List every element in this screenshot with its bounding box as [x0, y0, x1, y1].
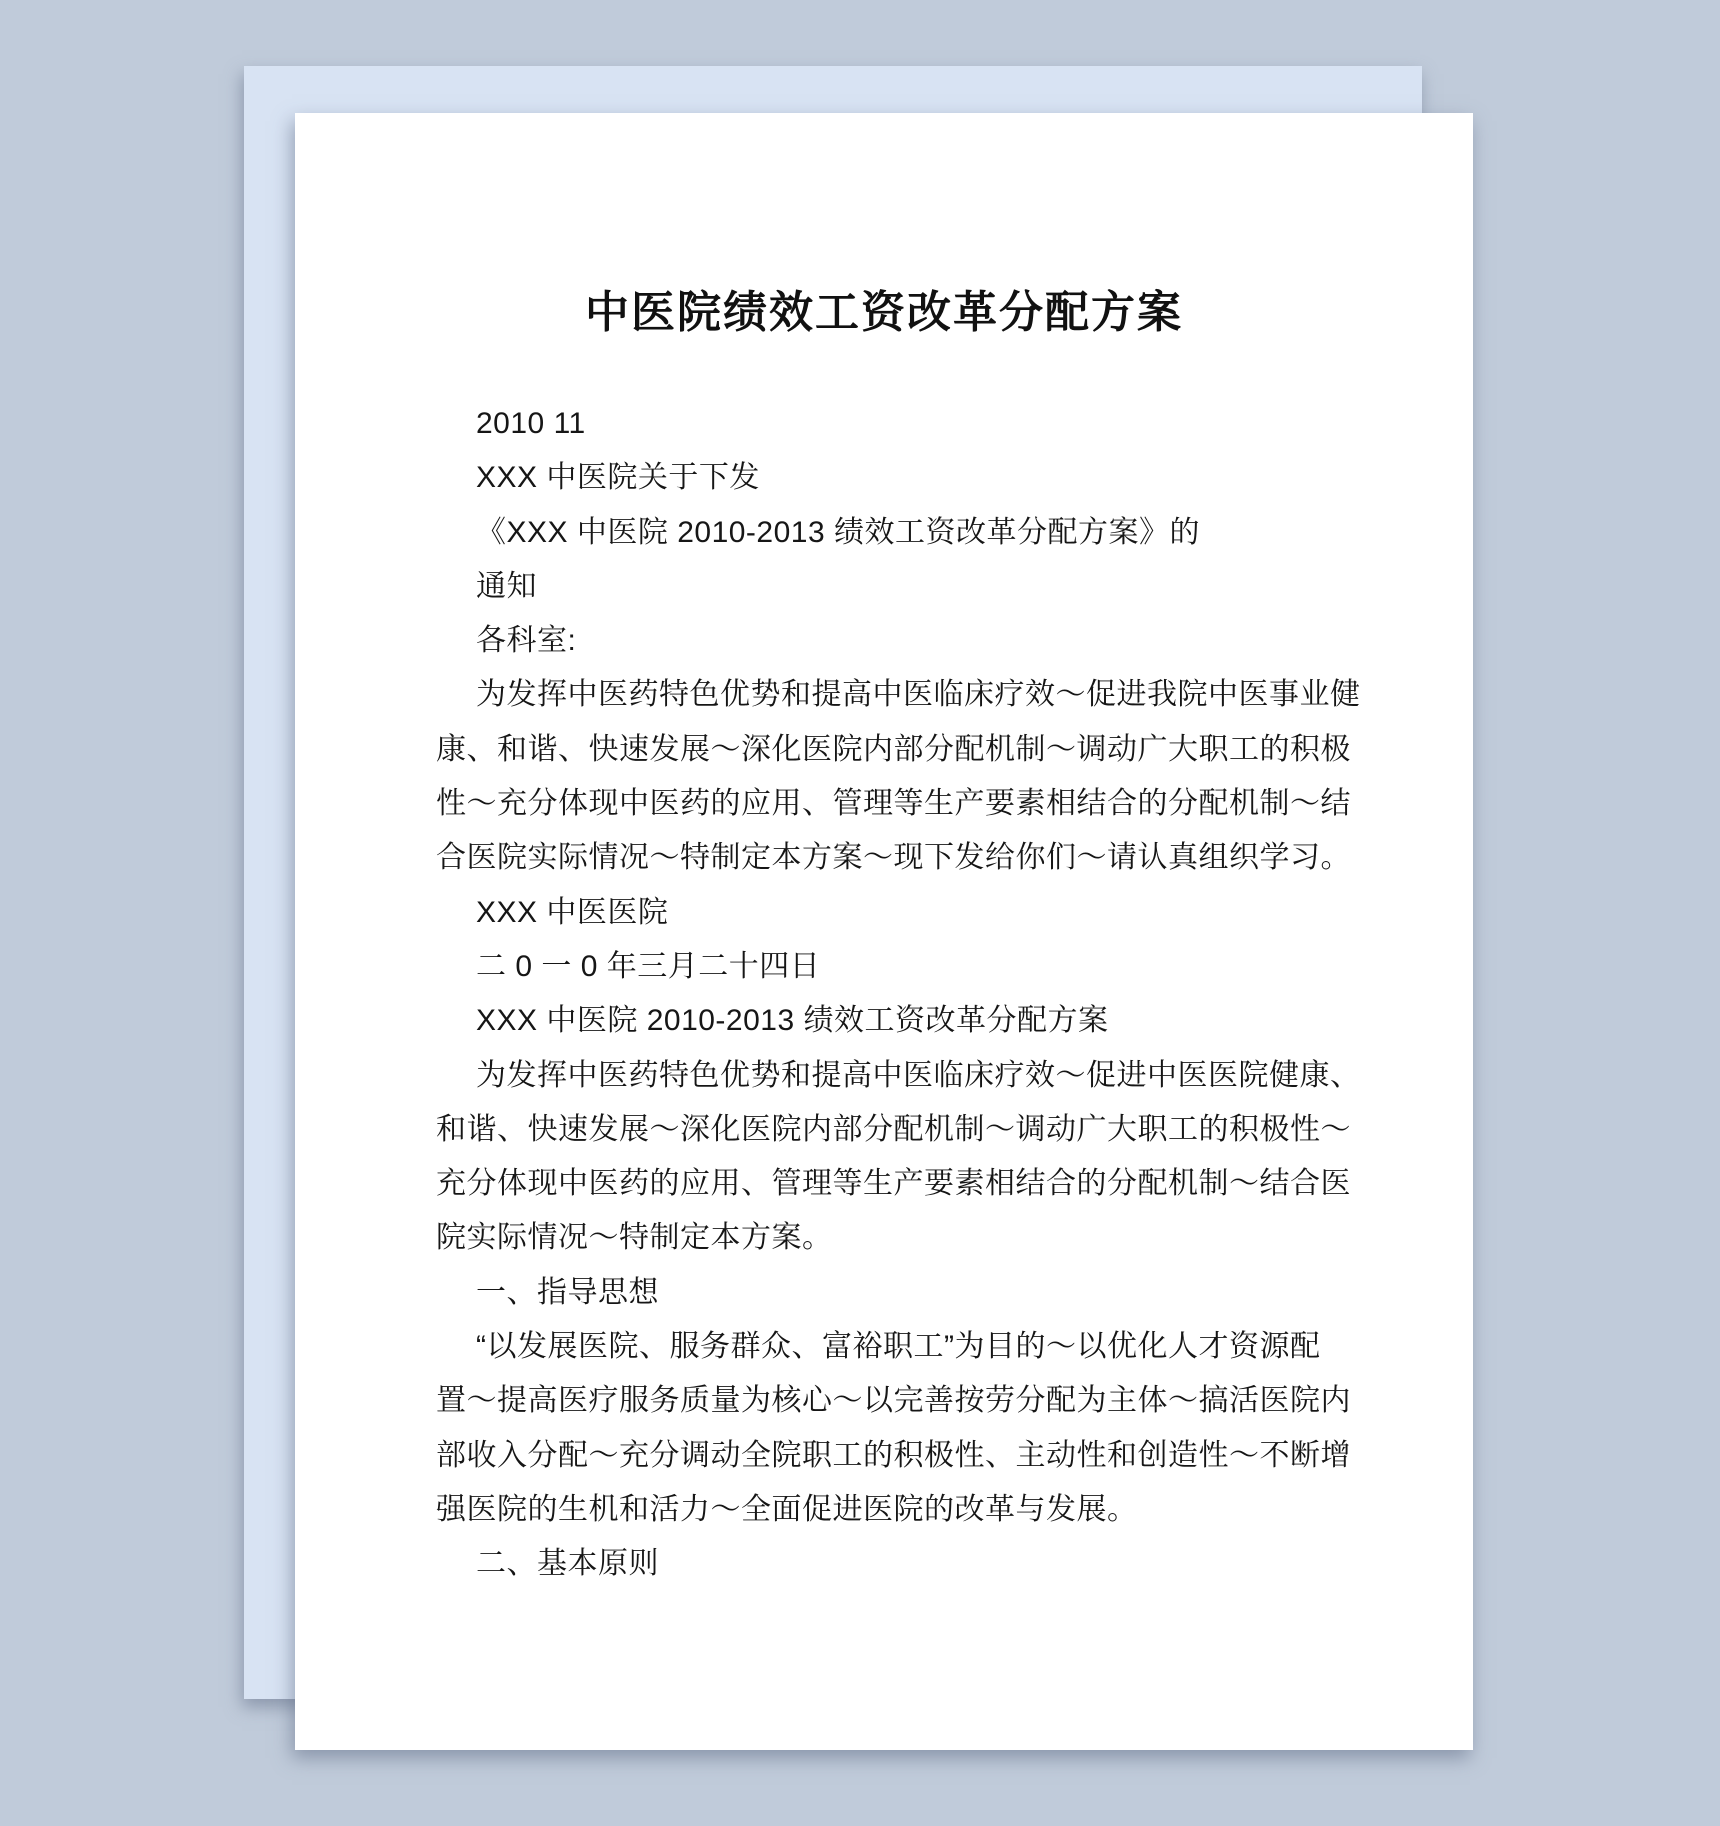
document-page: 中医院绩效工资改革分配方案 2010 11XXX 中医院关于下发《XXX 中医院…	[295, 113, 1473, 1750]
doc-line: XXX 中医医院	[436, 886, 1373, 940]
doc-line: XXX 中医院 2010-2013 绩效工资改革分配方案	[436, 994, 1373, 1048]
doc-line: 通知	[436, 560, 1373, 614]
doc-line: 2010 11	[436, 397, 1373, 451]
doc-line: 一、指导思想	[436, 1266, 1373, 1320]
document-body: 2010 11XXX 中医院关于下发《XXX 中医院 2010-2013 绩效工…	[436, 397, 1373, 1592]
doc-line: 为发挥中医药特色优势和提高中医临床疗效～促进中医医院健康、	[436, 1049, 1373, 1103]
doc-line: 康、和谐、快速发展～深化医院内部分配机制～调动广大职工的积极	[436, 723, 1373, 777]
doc-line: 《XXX 中医院 2010-2013 绩效工资改革分配方案》的	[436, 506, 1373, 560]
document-title: 中医院绩效工资改革分配方案	[295, 289, 1473, 337]
doc-line: 和谐、快速发展～深化医院内部分配机制～调动广大职工的积极性～	[436, 1103, 1373, 1157]
doc-line: 各科室:	[436, 614, 1373, 668]
doc-line: 强医院的生机和活力～全面促进医院的改革与发展。	[436, 1483, 1373, 1537]
doc-line: 二、基本原则	[436, 1537, 1373, 1591]
desktop-background: 中医院绩效工资改革分配方案 2010 11XXX 中医院关于下发《XXX 中医院…	[0, 0, 1720, 1826]
doc-line: 为发挥中医药特色优势和提高中医临床疗效～促进我院中医事业健	[436, 668, 1373, 722]
doc-line: 二 0 一 0 年三月二十四日	[436, 940, 1373, 994]
doc-line: 性～充分体现中医药的应用、管理等生产要素相结合的分配机制～结	[436, 777, 1373, 831]
doc-line: 合医院实际情况～特制定本方案～现下发给你们～请认真组织学习。	[436, 831, 1373, 885]
doc-line: 院实际情况～特制定本方案。	[436, 1211, 1373, 1265]
doc-line: 置～提高医疗服务质量为核心～以完善按劳分配为主体～搞活医院内	[436, 1374, 1373, 1428]
doc-line: 部收入分配～充分调动全院职工的积极性、主动性和创造性～不断增	[436, 1429, 1373, 1483]
doc-line: 充分体现中医药的应用、管理等生产要素相结合的分配机制～结合医	[436, 1157, 1373, 1211]
doc-line: XXX 中医院关于下发	[436, 451, 1373, 505]
doc-line: “以发展医院、服务群众、富裕职工”为目的～以优化人才资源配	[436, 1320, 1373, 1374]
